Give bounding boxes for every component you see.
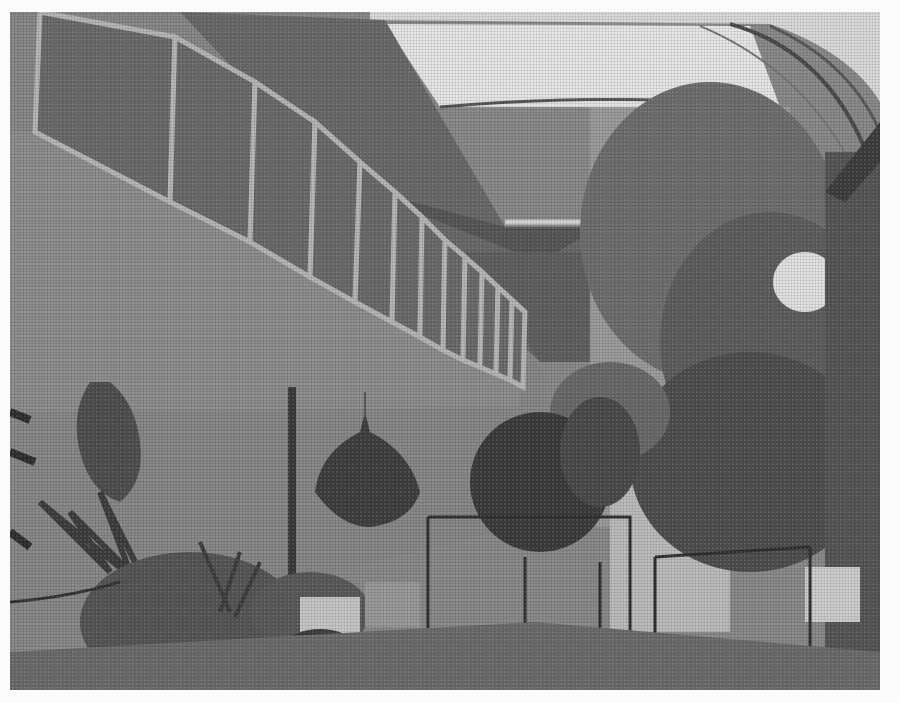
pole xyxy=(288,387,296,587)
photograph: Interior courtyard/greenhouse corridor: … xyxy=(10,12,880,690)
